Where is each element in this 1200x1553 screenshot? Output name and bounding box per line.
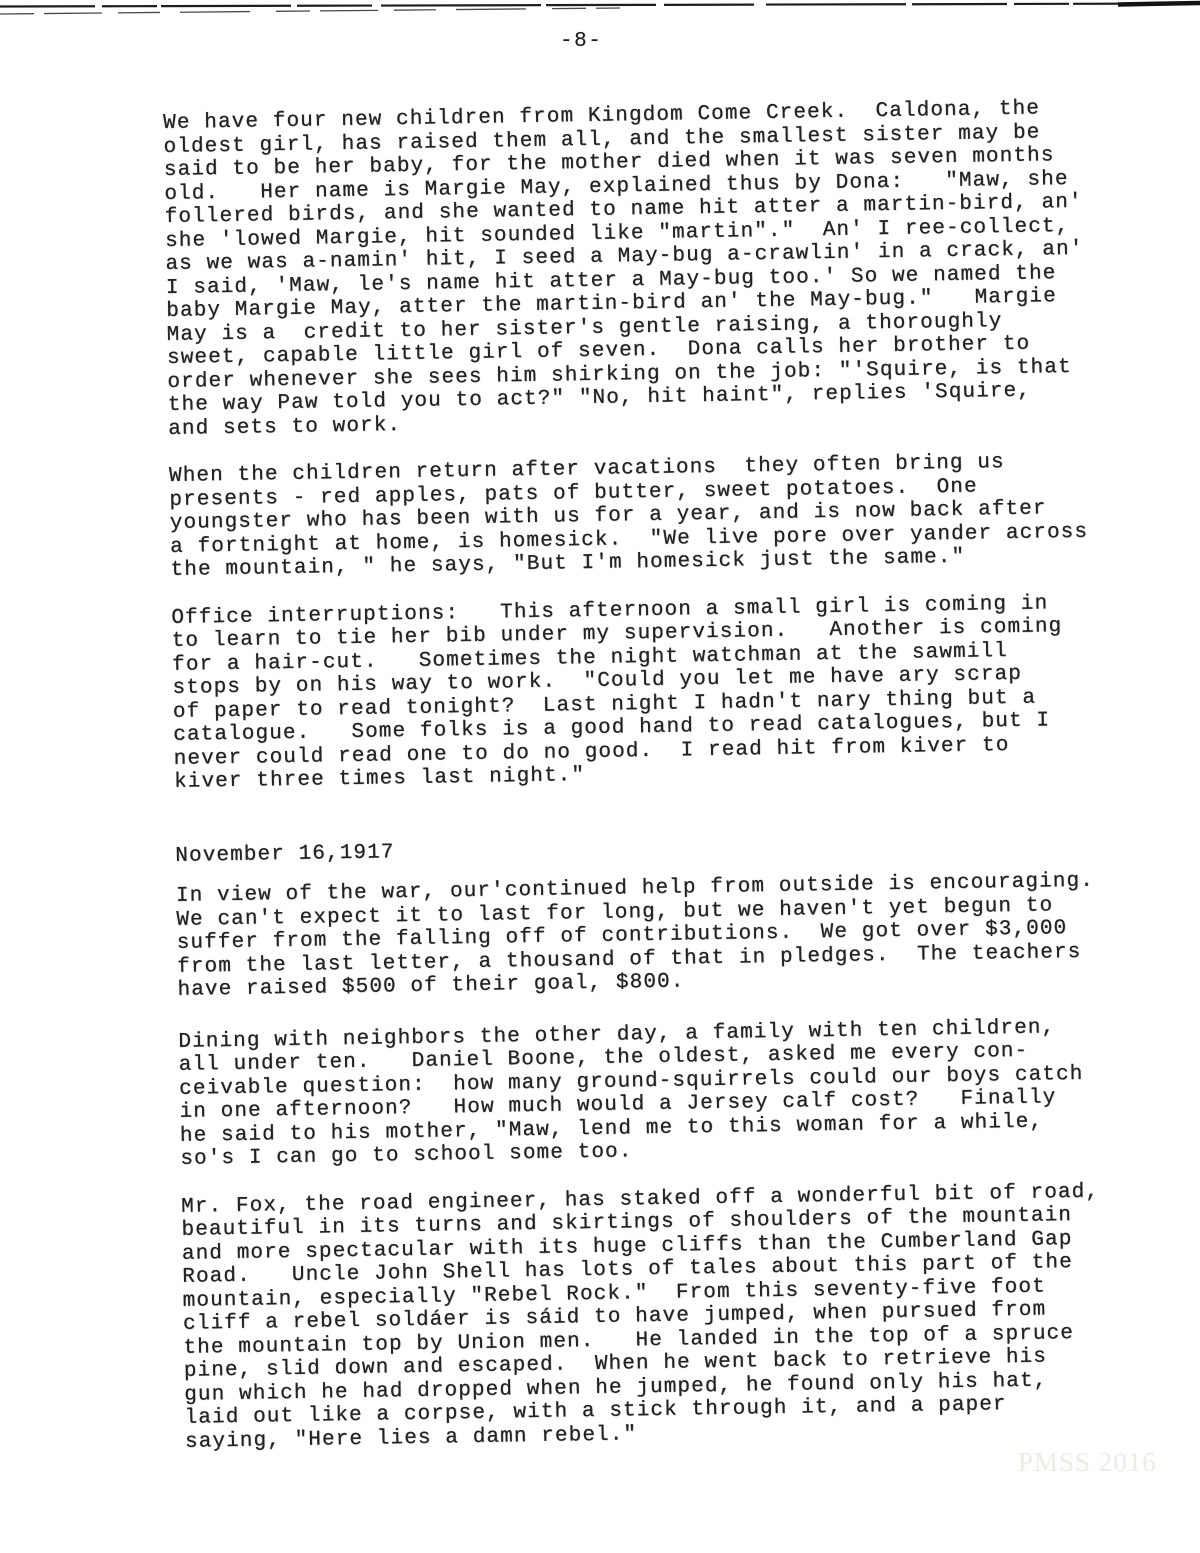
- paragraph-mr-fox-road: Mr. Fox, the road engineer, has staked o…: [181, 1179, 1165, 1454]
- scan-edge-line: [0, 0, 1200, 22]
- paragraph-war-contributions: In view of the war, our'continued help f…: [176, 869, 1158, 1003]
- scanned-letter-page: -8- We have four new children from Kingd…: [0, 0, 1200, 1553]
- letter-body: We have four new children from Kingdom C…: [163, 96, 1166, 1478]
- paragraph-dining-neighbors: Dining with neighbors the other day, a f…: [178, 1014, 1160, 1171]
- paragraph-children-return: When the children return after vacations…: [169, 449, 1151, 583]
- watermark: PMSS 2016: [1018, 1447, 1157, 1478]
- page-number: -8-: [560, 30, 602, 53]
- paragraph-office-interruptions: Office interruptions: This afternoon a s…: [171, 590, 1154, 794]
- date-heading: November 16,1917: [175, 828, 1155, 868]
- paragraph-new-children: We have four new children from Kingdom C…: [163, 96, 1148, 441]
